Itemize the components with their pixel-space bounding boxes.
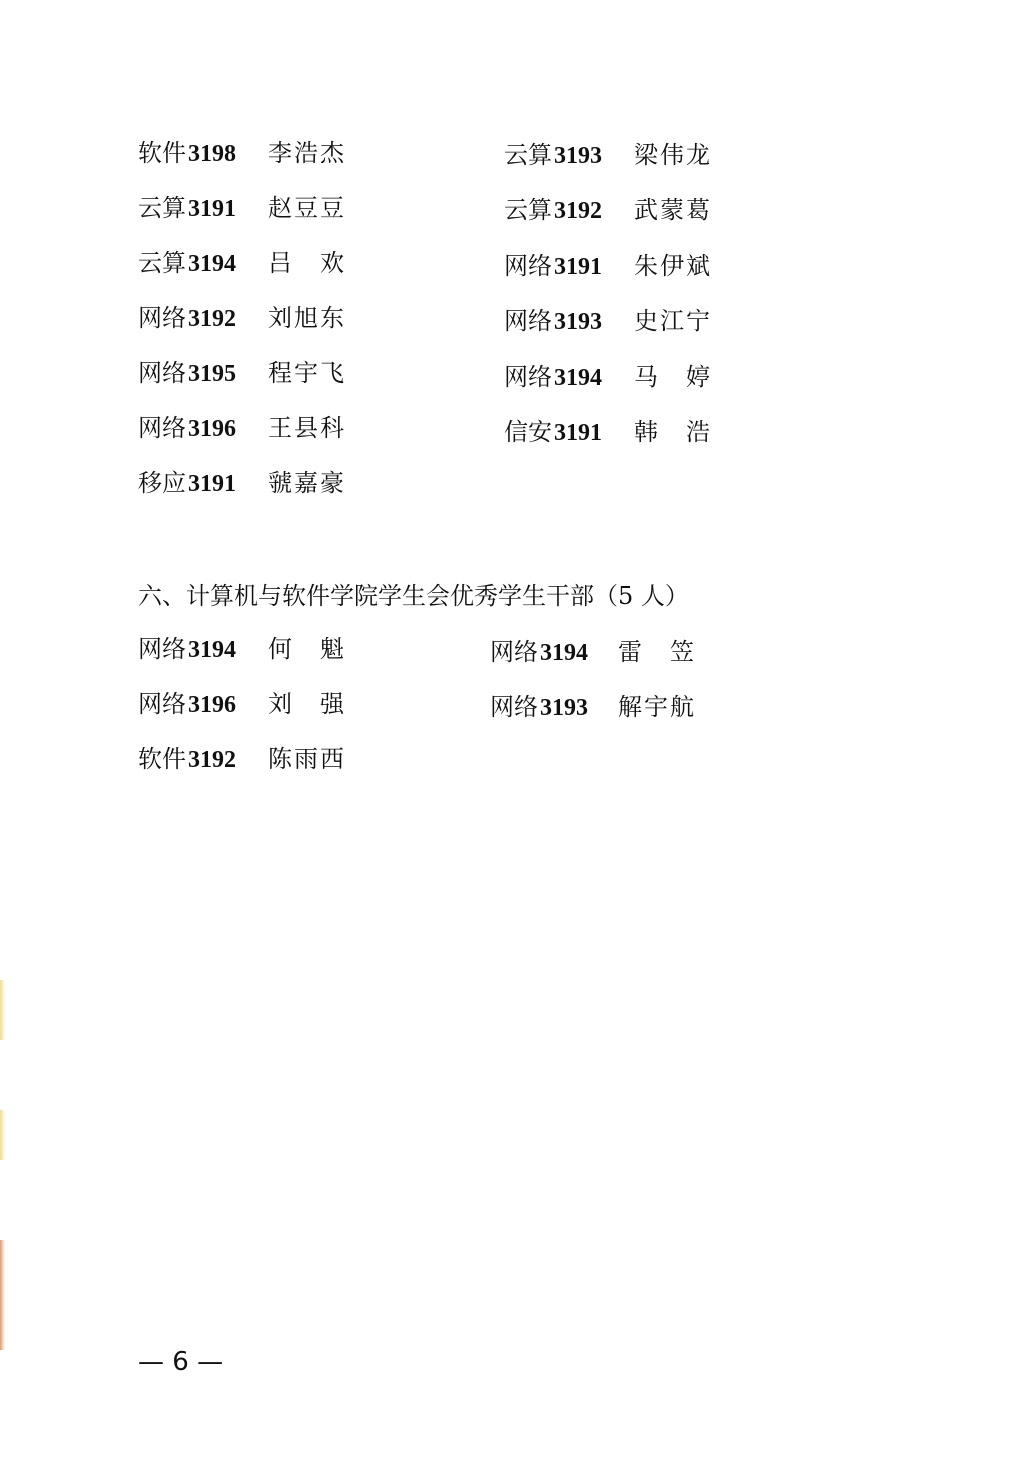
student-name: 武蒙葛: [634, 195, 710, 225]
student-name: 虢嘉豪: [268, 468, 344, 498]
name-char: 梁: [634, 140, 658, 170]
student-name: 韩浩: [634, 417, 710, 447]
scan-edge-artifact: [0, 980, 5, 1040]
student-name: 雷笠: [618, 637, 694, 667]
class-label: 网络3194: [504, 362, 602, 393]
class-label: 网络3194: [138, 634, 236, 665]
name-char: 西: [320, 744, 344, 774]
class-label: 信安3191: [504, 417, 602, 448]
name-char: 豆: [294, 193, 318, 223]
name-char: 飞: [320, 358, 344, 388]
student-name: 刘强: [268, 689, 344, 719]
class-label: 网络3194: [490, 637, 588, 668]
class-prefix: 网络: [138, 414, 186, 442]
class-prefix: 网络: [504, 363, 552, 391]
name-char: 蒙: [660, 195, 684, 225]
name-char: 葛: [686, 195, 710, 225]
name-char: 朱: [634, 251, 658, 281]
class-prefix: 软件: [138, 139, 186, 167]
student-name: 赵豆豆: [268, 193, 344, 223]
student-name: 马婷: [634, 362, 710, 392]
name-char: 东: [320, 303, 344, 333]
student-name: 李浩杰: [268, 138, 344, 168]
name-char: 豆: [320, 193, 344, 223]
class-label: 网络3193: [504, 306, 602, 337]
class-label: 网络3196: [138, 689, 236, 720]
name-char: 程: [268, 358, 292, 388]
student-name: 王县科: [268, 413, 344, 443]
class-prefix: 网络: [504, 252, 552, 280]
name-char: 赵: [268, 193, 292, 223]
class-prefix: 网络: [138, 304, 186, 332]
class-prefix: 云算: [138, 194, 186, 222]
name-char: 史: [634, 306, 658, 336]
scan-edge-artifact: [0, 1110, 5, 1160]
class-number: 3192: [188, 747, 236, 773]
name-char: 伟: [660, 140, 684, 170]
name-char: 虢: [268, 468, 292, 498]
class-prefix: 云算: [138, 249, 186, 277]
student-name: 何魁: [268, 634, 344, 664]
name-char: 韩: [634, 417, 658, 447]
name-char: 魁: [320, 634, 344, 664]
class-prefix: 网络: [490, 638, 538, 666]
name-char: 李: [268, 138, 292, 168]
name-char: 伊: [660, 251, 684, 281]
name-char: 宇: [644, 692, 668, 722]
student-name: 解宇航: [618, 692, 694, 722]
name-char: 吕: [268, 248, 292, 278]
class-label: 网络3196: [138, 413, 236, 444]
class-number: 3198: [188, 141, 236, 167]
class-prefix: 软件: [138, 745, 186, 773]
name-char: 笠: [670, 637, 694, 667]
name-char: 雷: [618, 637, 642, 667]
name-char: 科: [320, 413, 344, 443]
name-char: 航: [670, 692, 694, 722]
name-char: 江: [660, 306, 684, 336]
name-char: 欢: [320, 248, 344, 278]
class-number: 3191: [188, 196, 236, 222]
class-label: 网络3195: [138, 358, 236, 389]
student-name: 陈雨西: [268, 744, 344, 774]
class-number: 3194: [540, 640, 588, 666]
student-name: 梁伟龙: [634, 140, 710, 170]
name-char: 杰: [320, 138, 344, 168]
student-name: 朱伊斌: [634, 251, 710, 281]
class-number: 3196: [188, 692, 236, 718]
class-number: 3194: [554, 365, 602, 391]
class-number: 3192: [188, 306, 236, 332]
name-char: 马: [634, 362, 658, 392]
name-char: 雨: [294, 744, 318, 774]
page-number: — 6 —: [138, 1346, 223, 1378]
class-label: 云算3191: [138, 193, 236, 224]
name-char: 嘉: [294, 468, 318, 498]
name-char: 婷: [686, 362, 710, 392]
class-label: 移应3191: [138, 468, 236, 499]
student-name: 刘旭东: [268, 303, 344, 333]
class-number: 3191: [188, 471, 236, 497]
name-char: 龙: [686, 140, 710, 170]
class-number: 3193: [554, 143, 602, 169]
class-number: 3192: [554, 198, 602, 224]
name-char: 武: [634, 195, 658, 225]
class-prefix: 信安: [504, 418, 552, 446]
class-prefix: 网络: [504, 307, 552, 335]
name-char: 王: [268, 413, 292, 443]
scan-edge-artifact: [0, 1240, 5, 1350]
name-char: 旭: [294, 303, 318, 333]
name-char: 宁: [686, 306, 710, 336]
class-label: 云算3192: [504, 195, 602, 226]
class-prefix: 云算: [504, 196, 552, 224]
class-label: 云算3194: [138, 248, 236, 279]
student-name: 程宇飞: [268, 358, 344, 388]
name-char: 宇: [294, 358, 318, 388]
name-char: 县: [294, 413, 318, 443]
class-number: 3193: [554, 309, 602, 335]
student-name: 史江宁: [634, 306, 710, 336]
class-prefix: 云算: [504, 141, 552, 169]
class-number: 3194: [188, 637, 236, 663]
class-number: 3195: [188, 361, 236, 387]
class-label: 软件3198: [138, 138, 236, 169]
class-label: 云算3193: [504, 140, 602, 171]
name-char: 豪: [320, 468, 344, 498]
class-prefix: 网络: [138, 690, 186, 718]
document-page: 软件3198 李浩杰 云算3191 赵豆豆 云算3194 吕欢 网络3192 刘…: [0, 0, 1024, 1475]
class-number: 3193: [540, 695, 588, 721]
name-char: 浩: [294, 138, 318, 168]
name-char: 解: [618, 692, 642, 722]
class-number: 3196: [188, 416, 236, 442]
name-char: 陈: [268, 744, 292, 774]
name-char: 刘: [268, 689, 292, 719]
class-number: 3191: [554, 420, 602, 446]
student-name: 吕欢: [268, 248, 344, 278]
class-number: 3194: [188, 251, 236, 277]
class-prefix: 网络: [138, 359, 186, 387]
name-char: 强: [320, 689, 344, 719]
class-number: 3191: [554, 254, 602, 280]
class-prefix: 移应: [138, 469, 186, 497]
name-char: 刘: [268, 303, 292, 333]
class-prefix: 网络: [490, 693, 538, 721]
name-char: 斌: [686, 251, 710, 281]
class-label: 网络3191: [504, 251, 602, 282]
class-label: 网络3193: [490, 692, 588, 723]
class-label: 软件3192: [138, 744, 236, 775]
class-prefix: 网络: [138, 635, 186, 663]
class-label: 网络3192: [138, 303, 236, 334]
name-char: 浩: [686, 417, 710, 447]
name-char: 何: [268, 634, 292, 664]
section-title: 六、计算机与软件学院学生会优秀学生干部（5 人）: [138, 580, 689, 612]
